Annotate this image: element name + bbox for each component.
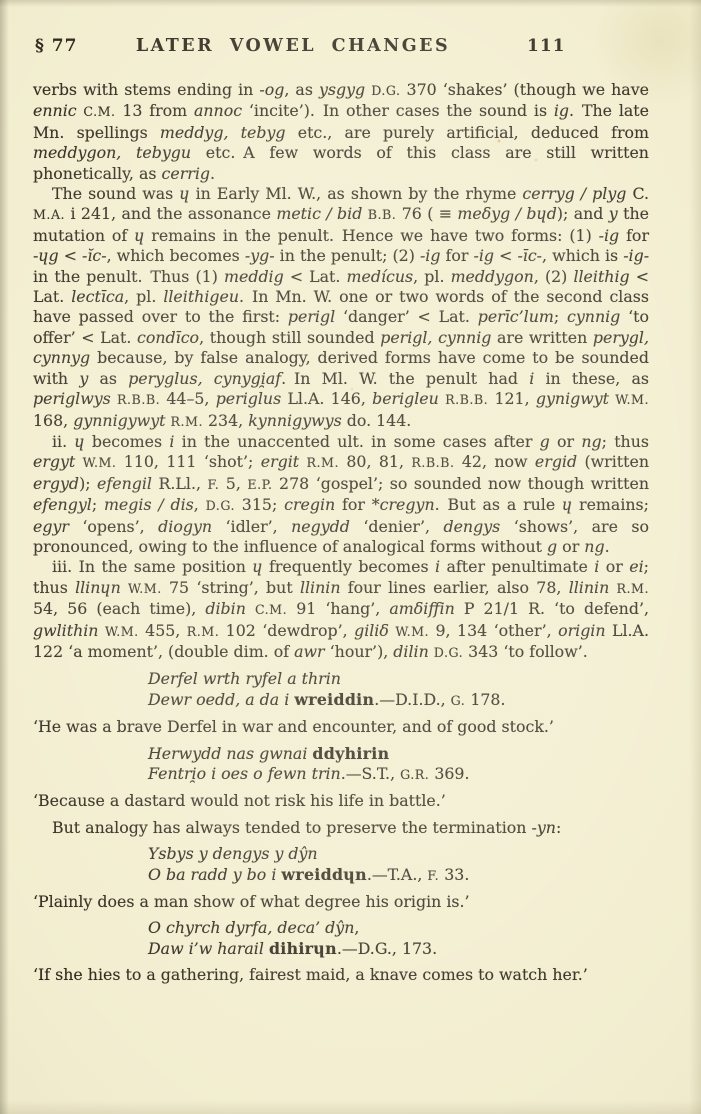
verse-couplet: O chyrch dyrfa, deca’ dŷn,Daw i’w harail… [148, 918, 649, 959]
running-title: LATER VOWEL CHANGES [136, 36, 450, 56]
page-header: § 77 LATER VOWEL CHANGES 111 [33, 36, 649, 62]
book-page-scan: § 77 LATER VOWEL CHANGES 111 verbs with … [0, 0, 701, 1114]
verse-line: Ysbys y dengys y dŷn [148, 844, 649, 864]
verse-line: Fentri̯o i oes o fewn trin.—S.T., G.R. 3… [148, 764, 649, 785]
verse-line: Dewr oedd, a da i wreiddin.—D.I.D., G. 1… [148, 690, 649, 711]
paragraph: iii. In the same position ɥ frequently b… [33, 557, 649, 663]
verse-line: O ba radd y bo i wreiddɥn.—T.A., F. 33. [148, 865, 649, 886]
translation-line: ‘Because a dastard would not risk his li… [33, 791, 649, 811]
verse-line: Daw i’w harail dihirɥn.—D.G., 173. [148, 939, 649, 959]
translation-line: ‘If she hies to a gathering, fairest mai… [33, 965, 649, 985]
verse-couplet: Ysbys y dengys y dŷnO ba radd y bo i wre… [148, 844, 649, 886]
paragraph: ii. ɥ becomes i in the unaccented ult. i… [33, 432, 649, 557]
paragraph: The sound was ɥ in Early Ml. W., as show… [33, 184, 649, 432]
paragraph: verbs with stems ending in -og, as ysgyg… [33, 80, 649, 184]
verse-line: O chyrch dyrfa, deca’ dŷn, [148, 918, 649, 938]
verse-line: Herwydd nas gwnai ddyhirin [148, 744, 649, 764]
translation-line: ‘Plainly does a man show of what degree … [33, 892, 649, 912]
page-number: 111 [527, 36, 566, 56]
paragraph: But analogy has always tended to preserv… [33, 818, 649, 838]
text-column: verbs with stems ending in -og, as ysgyg… [33, 80, 649, 992]
verse-couplet: Herwydd nas gwnai ddyhirinFentri̯o i oes… [148, 744, 649, 786]
verse-line: Derfel wrth ryfel a thrin [148, 669, 649, 689]
verse-couplet: Derfel wrth ryfel a thrinDewr oedd, a da… [148, 669, 649, 711]
translation-line: ‘He was a brave Derfel in war and encoun… [33, 717, 649, 737]
section-number: § 77 [35, 36, 77, 56]
